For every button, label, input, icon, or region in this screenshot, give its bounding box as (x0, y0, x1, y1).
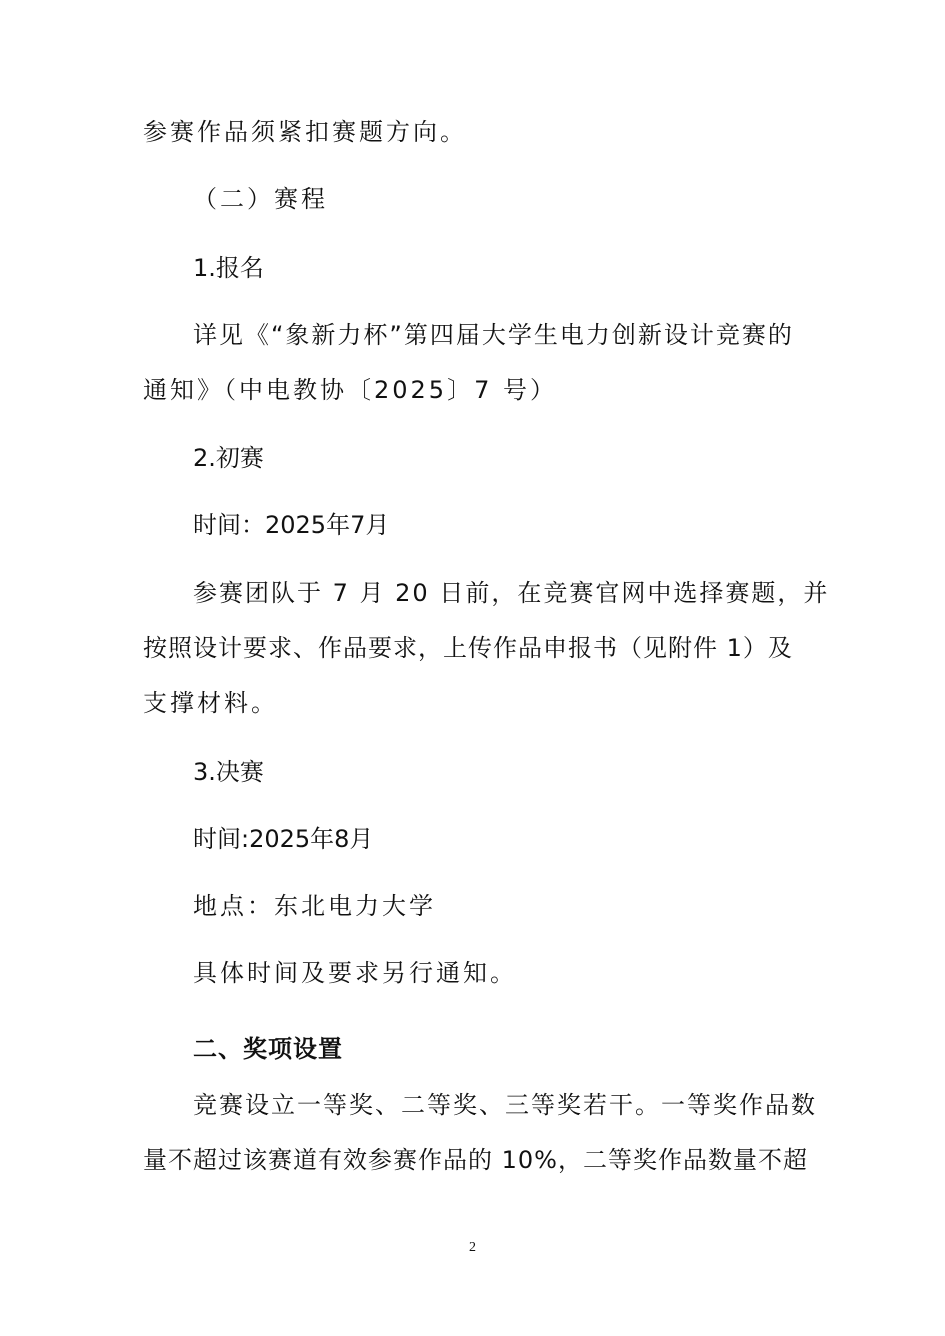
paragraph-line: 时间:2025年8月 (193, 824, 373, 854)
paragraph-line: 竞赛设立一等奖、二等奖、三等奖若干。一等奖作品数 (193, 1090, 817, 1120)
section-heading: 二、奖项设置 (193, 1034, 343, 1064)
section-subheading: （二）赛程 (193, 184, 328, 214)
item-heading: 3.决赛 (193, 757, 264, 787)
paragraph-line: 按照设计要求、作品要求，上传作品申报书（见附件 1）及 (143, 633, 793, 663)
paragraph-line: 参赛团队于 7 月 20 日前，在竞赛官网中选择赛题，并 (193, 578, 829, 608)
paragraph-line: 量不超过该赛道有效参赛作品的 10%，二等奖作品数量不超 (143, 1145, 808, 1175)
paragraph-line: 具体时间及要求另行通知。 (193, 958, 517, 988)
page-number: 2 (0, 1240, 945, 1256)
paragraph-line: 时间：2025年7月 (193, 510, 389, 540)
paragraph-line: 地点：东北电力大学 (193, 891, 436, 921)
paragraph-line: 通知》（中电教协〔2025〕7 号） (143, 375, 557, 405)
item-heading: 1.报名 (193, 253, 264, 283)
item-heading: 2.初赛 (193, 443, 264, 473)
paragraph-line: 参赛作品须紧扣赛题方向。 (143, 117, 467, 147)
paragraph-line: 详见《“象新力杯”第四届大学生电力创新设计竞赛的 (193, 320, 794, 350)
paragraph-line: 支撑材料。 (143, 688, 278, 718)
